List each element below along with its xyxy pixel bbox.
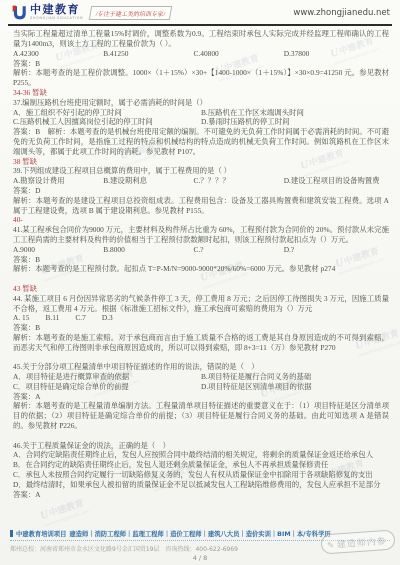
answer-line: 答案：A [13, 490, 389, 500]
option: B.压路机在工作区末端调头时间 [201, 108, 389, 118]
answer-line: 答案：B [13, 255, 389, 265]
page-header: 中建教育 ZHONGJIAN EDUCATION /专注于建工类的培训专家/ w… [8, 0, 392, 26]
scanned-exam-page: 中建教育 ZHONGJIAN EDUCATION /专注于建工类的培训专家/ w… [0, 0, 400, 565]
option: B.41250 [103, 49, 193, 59]
answer-line: 答案：B [13, 323, 389, 333]
footer-programs-list: 建造师｜消防工程师｜监理工程师｜造价工程师｜建筑八大员｜造价实训｜BIM｜本/专… [69, 529, 330, 538]
footer-accent-bar-icon [10, 530, 13, 537]
option: D.暴雨时压路机的停工时间 [201, 117, 389, 127]
page-number: 4 / 8 [10, 554, 390, 562]
blank-line [13, 274, 389, 284]
exam-content: 当实际工程量超过清单工程量15%时调价，调整系数为0.9。工程结束时承包人实际完… [0, 26, 400, 499]
zhongjian-u-logo-icon [12, 5, 27, 20]
question-text-line: 44. 某施工项目 6 月份因异常恶劣的气候条件停工 3 天，停工费用 8 万元… [13, 294, 389, 314]
missing-section-label: 34-36 暂缺 [13, 88, 389, 98]
option: A．施工组织不好引起的停工时间 [13, 108, 201, 118]
question-text-line: 解析：本题考查的是工程预付款。起扣点 T=P-M/N=9000-9000*20%… [13, 264, 389, 274]
options-row: A．施工组织不好引起的停工时间B.压路机在工作区末端调头时间 [13, 108, 389, 118]
watermark-brand-text: 中建教育 [48, 498, 85, 519]
option: A.9000 [13, 245, 103, 255]
question-text-line: D．最终结清时，如果承包人被扣留的质量保证金不足以抵减发包人工程缺陷维修费用的，… [13, 480, 389, 490]
option: D.项目特征是区别清单项目的依据 [201, 382, 389, 392]
option: D.37800 [284, 49, 310, 59]
option: C.7 [75, 313, 85, 323]
option: D.3 [102, 313, 113, 323]
options-row: A．项目特征是进行概算审查的依据B.项目特征是履行合同义务的基础 [13, 372, 389, 382]
option: A.勘察设计费用 [13, 176, 103, 186]
missing-section-label: 40- [13, 215, 389, 225]
question-text-line: 45.关于分部分项工程量清单中项目特征描述的作用的说法，错误的是（ ） [13, 362, 389, 372]
option: C.40800 [193, 49, 283, 59]
watermark-url-text: www.zhongjianedu.com [43, 509, 89, 527]
option: A．项目特征是进行概算审查的依据 [13, 372, 201, 382]
question-text-line: 解析：本题考查的是建设工程项目总投资组成表。工程费用包含：设备及工器具购置费和建… [13, 196, 389, 216]
option: A.42300 [13, 49, 103, 59]
pen-icon: ✎ [327, 540, 335, 550]
question-text-line: B．在合同约定的缺陷责任期终止后，发包人退还剩余质量保证金，承包人不再承担质量保… [13, 460, 389, 470]
options-row: A.42300B.41250C.40800D.37800 [13, 49, 389, 59]
question-text-line: A．合同约定缺陷责任期终止后，发包人应按照合同中最终结清的相关规定，将剩余的质量… [13, 450, 389, 460]
option: D.建设工程项目的设备购置费 [284, 176, 380, 186]
question-text-line: 41.某工程承包合同价为9000 万元，主要材料及构件所占比重为 60%，工程预… [13, 225, 389, 245]
question-text-line: 46.关于工程质量保证金的说法，正确的是（ ） [13, 441, 389, 451]
options-row: A.9000B.8000C.?D.? [13, 245, 389, 255]
option: B.8000 [103, 245, 193, 255]
option: D.? [284, 245, 294, 255]
answer-line: 答案：B [13, 59, 389, 69]
options-row: A. 15B.11C.7D.3 [13, 313, 389, 323]
question-text-line: 解析：本题考查的是施工索赔。对于承包商而言由于施工质量不合格的返工费是其自身原因… [13, 333, 389, 353]
option: B.建设期利息 [103, 176, 193, 186]
brand-subtitle: ZHONGJIAN EDUCATION [30, 17, 83, 20]
blank-line [13, 431, 389, 441]
question-text-line: 答案：B 解析：本题考查的是机械台班使用定额的编制。不可避免的无负荷工作时间属于… [13, 127, 389, 156]
watermark-u-icon: U [39, 508, 50, 522]
missing-section-label: 43 暂缺 [13, 284, 389, 294]
website-url: www.zhongjianedu.net [293, 8, 390, 18]
option: C．项目特征是确定综合单价的前提 [13, 382, 201, 392]
missing-section-label: 38 暂缺 [13, 157, 389, 167]
option: A. 15 [13, 313, 29, 323]
option: C.? [193, 245, 283, 255]
answer-line: 答案：D [13, 186, 389, 196]
brand-name-stack: 中建教育 ZHONGJIAN EDUCATION [30, 5, 83, 20]
brand-name: 中建教育 [30, 5, 83, 16]
option: C.？？？？ [193, 176, 283, 186]
question-text-line: C．承包人未按照合同约定履行一切缺陷修复义务的，发包人有权从质量保证金中扣除用于… [13, 470, 389, 480]
footer-programs-label: 中建教育培训项目 [16, 529, 66, 538]
options-row: C．项目特征是确定综合单价的前提D.项目特征是区别清单项目的依据 [13, 382, 389, 392]
option: B.11 [45, 313, 59, 323]
question-text-line: 解析：本题考查的是工程量清单编制方法。工程量清单项目特征描述的重要意义在于：（1… [13, 401, 389, 430]
question-text-line: 39.下列组成建设工程项目总概算的费用中，属于工程费用的是（ ） [13, 166, 389, 176]
option: B.项目特征是履行合同义务的基础 [201, 372, 389, 382]
brand-logo: 中建教育 ZHONGJIAN EDUCATION [12, 5, 83, 20]
question-text-line: 当实际工程量超过清单工程量15%时调价，调整系数为0.9。工程结束时承包人实际完… [13, 29, 389, 49]
brand-tagline: /专注于建工类的培训专家/ [89, 6, 173, 20]
answer-line: 答案：A [13, 392, 389, 402]
blank-line [13, 353, 389, 363]
question-text-line: 37.编制压路机台班使用定额时，属于必需消耗的时间是（） [13, 98, 389, 108]
stamp-text: 建造师内参 [337, 535, 388, 548]
option: C.压路机械工人因擅离岗位引起的停工时间 [13, 117, 201, 127]
question-text-line: 解析：本题考查的是工程价款调整。1000×（1＋15%）×30+【1400-10… [13, 68, 389, 88]
options-row: C.压路机械工人因擅离岗位引起的停工时间D.暴雨时压路机的停工时间 [13, 117, 389, 127]
options-row: A.勘察设计费用B.建设期利息C.？？？？D.建设工程项目的设备购置费 [13, 176, 389, 186]
